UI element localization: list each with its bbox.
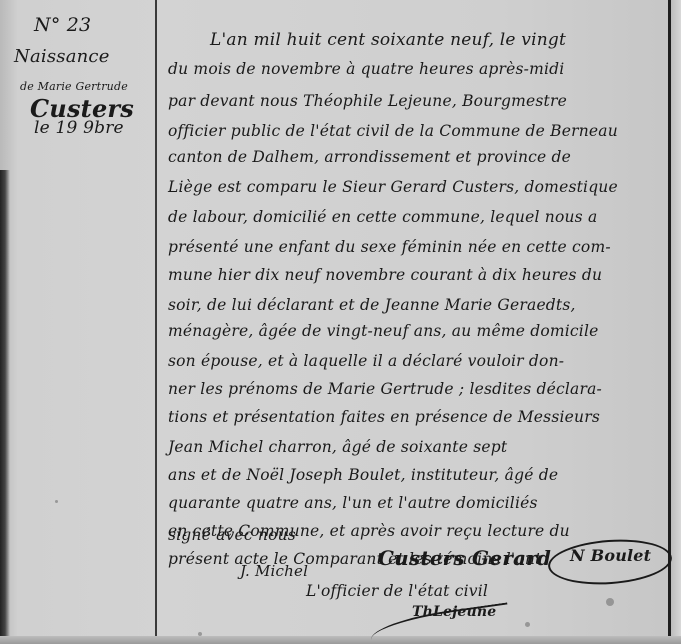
body-line: quarante quatre ans, l'un et l'autre dom… — [168, 494, 538, 512]
ink-blot — [55, 500, 58, 503]
record-date: le 19 9bre — [34, 118, 124, 138]
body-line-signe: signé avec nous — [168, 526, 296, 544]
signature-witness-michel: J. Michel — [240, 562, 308, 580]
body-line: du mois de novembre à quatre heures aprè… — [168, 60, 564, 78]
officer-title: L'officier de l'état civil — [306, 582, 488, 600]
body-line: ménagère, âgée de vingt-neuf ans, au mêm… — [168, 322, 599, 340]
body-line: Liège est comparu le Sieur Gerard Custer… — [168, 178, 618, 196]
registry-page: N° 23 Naissance de Marie Gertrude Custer… — [0, 0, 681, 644]
page-bottom-edge — [0, 636, 681, 644]
body-line: son épouse, et à laquelle il a déclaré v… — [168, 352, 564, 370]
body-line: de labour, domicilié en cette commune, l… — [168, 208, 597, 226]
body-line: soir, de lui déclarant et de Jeanne Mari… — [168, 296, 576, 314]
body-line: tions et présentation faites en présence… — [168, 408, 600, 426]
record-type-title: Naissance — [14, 46, 110, 67]
ink-blot — [606, 598, 614, 606]
body-line: canton de Dalhem, arrondissement et prov… — [168, 148, 571, 166]
body-line: mune hier dix neuf novembre courant à di… — [168, 266, 602, 284]
record-number: N° 23 — [34, 14, 91, 36]
signature-witness-boulet: N Boulet — [570, 546, 651, 565]
ink-blot — [525, 622, 530, 627]
body-line: officier public de l'état civil de la Co… — [168, 122, 618, 140]
signature-declarant-custers: Custers Gerard — [378, 546, 551, 570]
binding-shadow — [0, 170, 10, 644]
body-line: ner les prénoms de Marie Gertrude ; lesd… — [168, 380, 602, 398]
margin-rule-line — [155, 0, 157, 644]
body-line: par devant nous Théophile Lejeune, Bourg… — [168, 92, 567, 110]
ink-blot — [198, 632, 202, 636]
body-line: ans et de Noël Joseph Boulet, instituteu… — [168, 466, 558, 484]
page-right-edge — [671, 0, 681, 644]
body-line: L'an mil huit cent soixante neuf, le vin… — [210, 30, 566, 50]
body-line: Jean Michel charron, âgé de soixante sep… — [168, 438, 507, 456]
child-given-names: de Marie Gertrude — [20, 80, 128, 93]
body-line: présenté une enfant du sexe féminin née … — [168, 238, 611, 256]
